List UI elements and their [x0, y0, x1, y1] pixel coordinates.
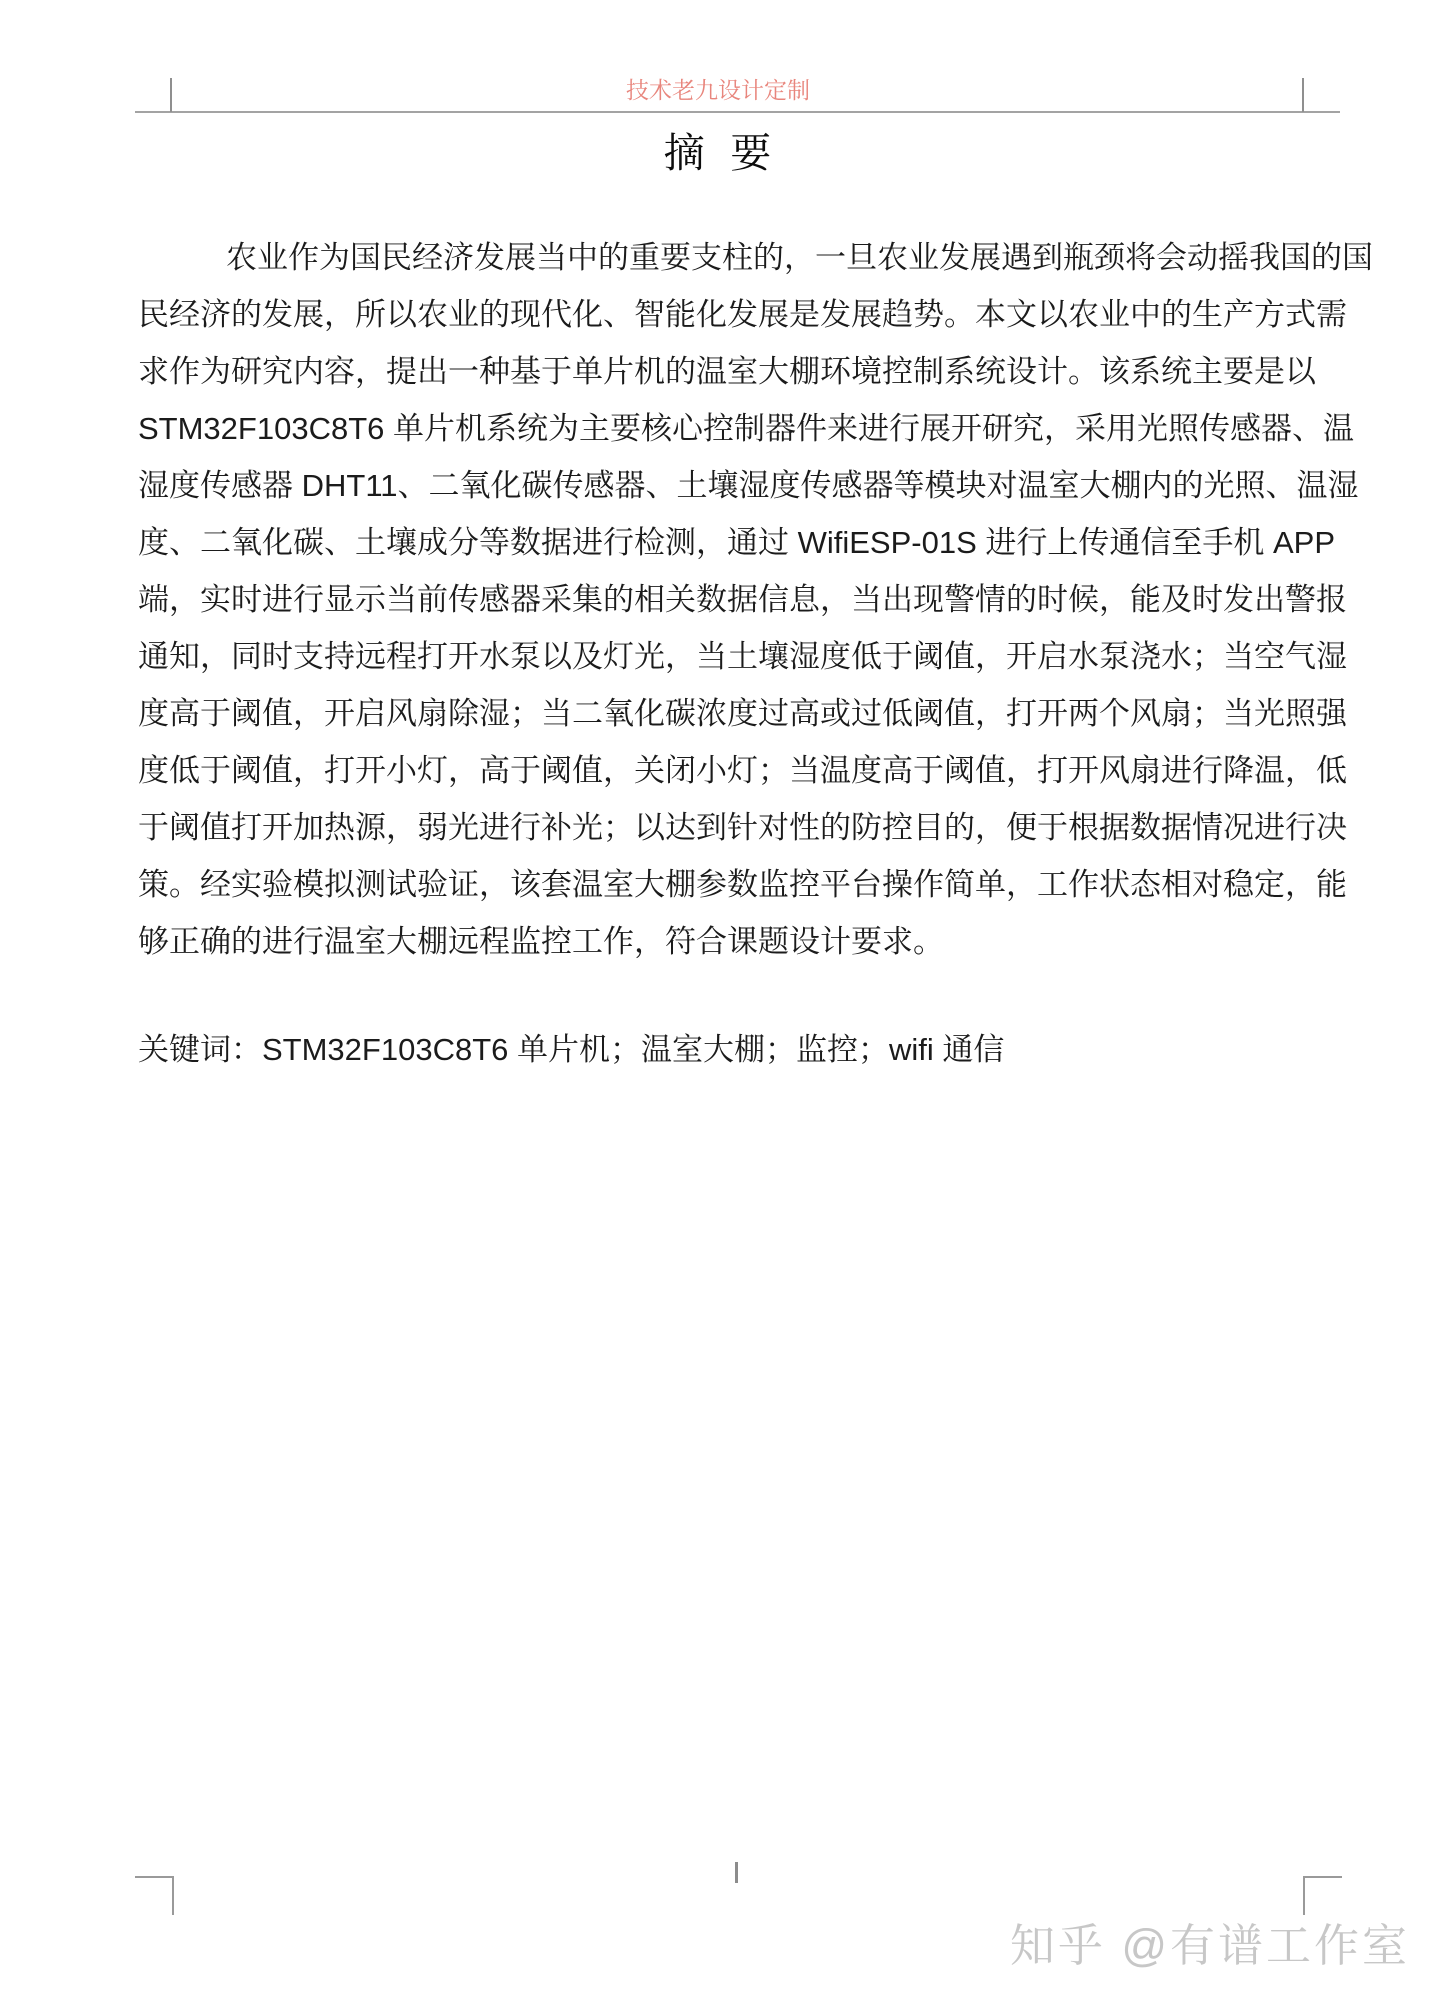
keywords-label: 关键词：: [138, 1032, 262, 1067]
header-rule: [135, 111, 1340, 113]
footer-corner-mark-left: [135, 1876, 174, 1915]
abstract-line: STM32F103C8T6 单片机系统为主要核心控制器件来进行展开研究，采用光照…: [138, 400, 1298, 457]
header-watermark-text: 技术老九设计定制: [138, 75, 1298, 105]
abstract-line: 端，实时进行显示当前传感器采集的相关数据信息，当出现警情的时候，能及时发出警报: [138, 571, 1298, 628]
header-margin-tick-right: [1302, 78, 1304, 112]
abstract-line: 农业作为国民经济发展当中的重要支柱的，一旦农业发展遇到瓶颈将会动摇我国的国: [138, 229, 1298, 286]
abstract-paragraph: 农业作为国民经济发展当中的重要支柱的，一旦农业发展遇到瓶颈将会动摇我国的国民经济…: [138, 229, 1298, 970]
document-page: 技术老九设计定制 摘 要 农业作为国民经济发展当中的重要支柱的，一旦农业发展遇到…: [0, 0, 1440, 2007]
abstract-line: 湿度传感器 DHT11、二氧化碳传感器、土壤湿度传感器等模块对温室大棚内的光照、…: [138, 457, 1298, 514]
page-title: 摘 要: [138, 123, 1298, 183]
footer-corner-mark-right: [1303, 1876, 1342, 1915]
keywords-line: 关键词：STM32F103C8T6 单片机；温室大棚；监控；wifi 通信: [138, 1021, 1348, 1078]
abstract-line: 民经济的发展，所以农业的现代化、智能化发展是发展趋势。本文以农业中的生产方式需: [138, 286, 1298, 343]
abstract-line: 度、二氧化碳、土壤成分等数据进行检测，通过 WifiESP-01S 进行上传通信…: [138, 514, 1298, 571]
footer-center-tick: [735, 1862, 738, 1883]
abstract-line: 于阈值打开加热源，弱光进行补光；以达到针对性的防控目的，便于根据数据情况进行决: [138, 799, 1298, 856]
abstract-line: 求作为研究内容，提出一种基于单片机的温室大棚环境控制系统设计。该系统主要是以: [138, 343, 1298, 400]
abstract-line: 够正确的进行温室大棚远程监控工作，符合课题设计要求。: [138, 913, 1298, 970]
header-margin-tick-left: [170, 78, 172, 112]
keywords-content: STM32F103C8T6 单片机；温室大棚；监控；wifi 通信: [262, 1032, 1004, 1067]
brand-watermark-text: 知乎 @有谱工作室: [1010, 1920, 1410, 1972]
abstract-line: 通知，同时支持远程打开水泵以及灯光，当土壤湿度低于阈值，开启水泵浇水；当空气湿: [138, 628, 1298, 685]
abstract-line: 度低于阈值，打开小灯，高于阈值，关闭小灯；当温度高于阈值，打开风扇进行降温，低: [138, 742, 1298, 799]
abstract-line: 策。经实验模拟测试验证，该套温室大棚参数监控平台操作简单，工作状态相对稳定，能: [138, 856, 1298, 913]
abstract-line: 度高于阈值，开启风扇除湿；当二氧化碳浓度过高或过低阈值，打开两个风扇；当光照强: [138, 685, 1298, 742]
